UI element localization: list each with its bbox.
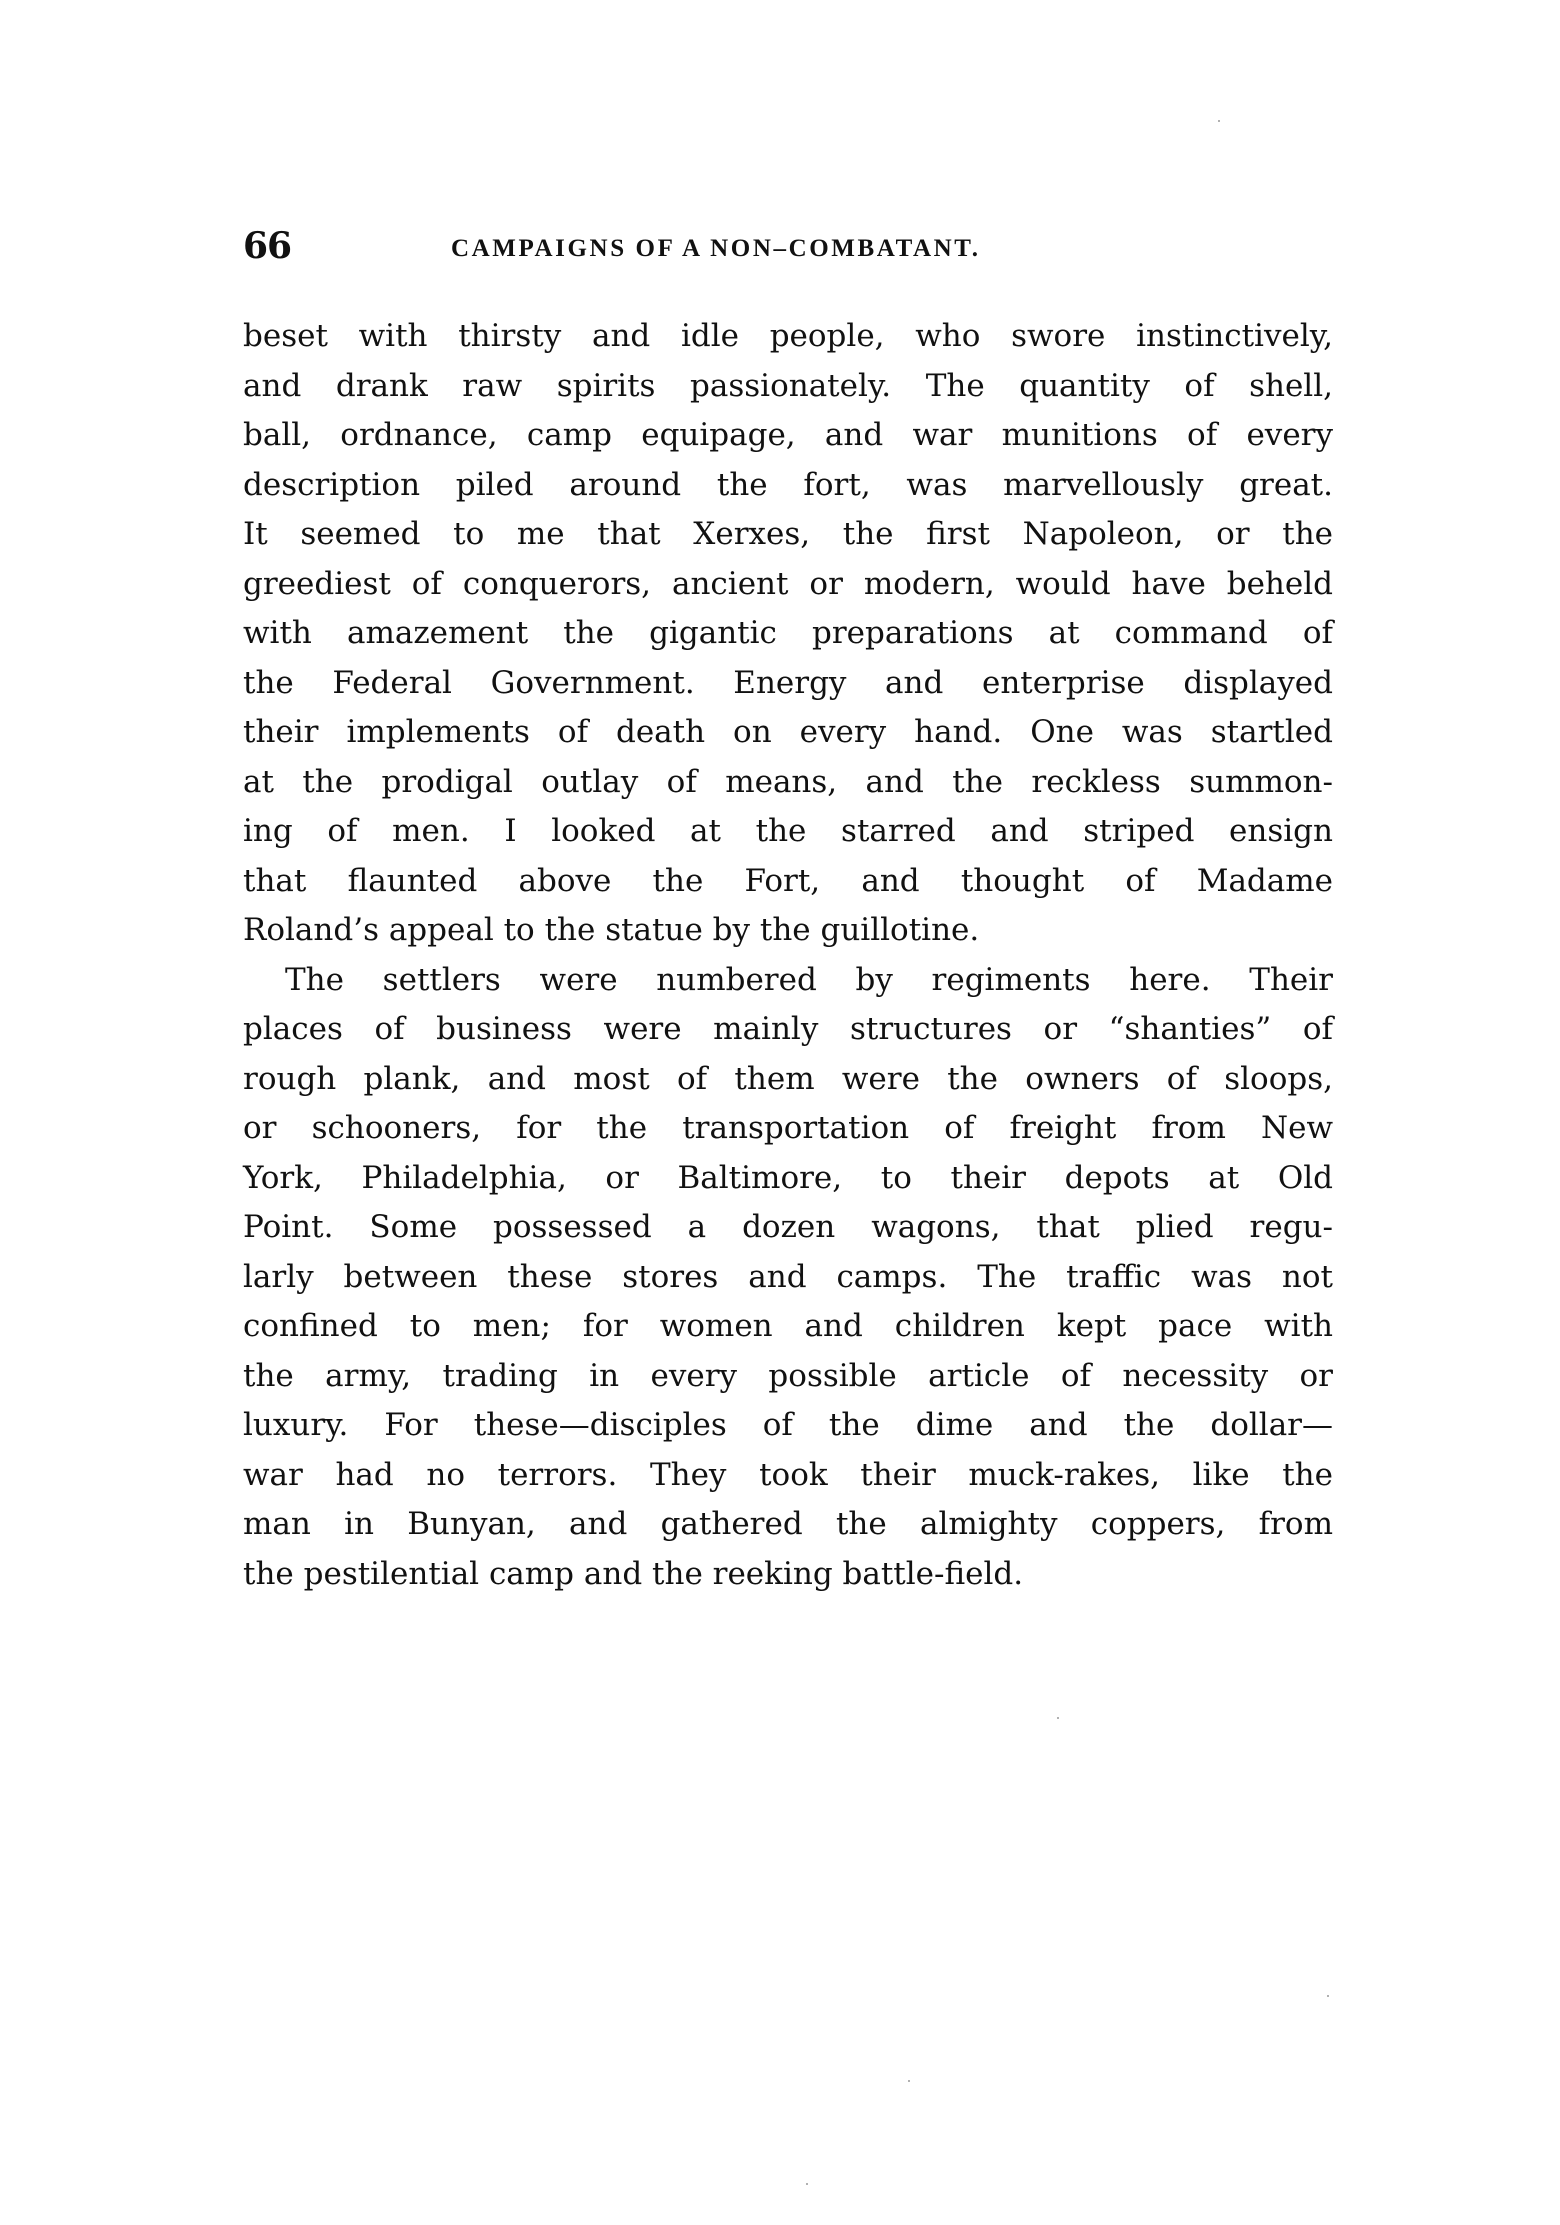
- text-line: greediest of conquerors, ancient or mode…: [243, 560, 1333, 610]
- text-line: Point. Some possessed a dozen wagons, th…: [243, 1203, 1333, 1253]
- text-line: and drank raw spirits passionately. The …: [243, 362, 1333, 412]
- scan-speck: [806, 2183, 808, 2185]
- paragraph-2: The settlers were numbered by regiments …: [243, 956, 1333, 1600]
- text-line: beset with thirsty and idle people, who …: [243, 312, 1333, 362]
- text-line: luxury. For these—disciples of the dime …: [243, 1401, 1333, 1451]
- page-number: 66: [243, 226, 291, 266]
- text-line: the Federal Government. Energy and enter…: [243, 659, 1333, 709]
- scan-speck: [1218, 120, 1220, 122]
- text-line: their implements of death on every hand.…: [243, 708, 1333, 758]
- running-title: CAMPAIGNS OF A NON–COMBATANT.: [451, 234, 1115, 264]
- text-line: places of business were mainly structure…: [243, 1005, 1333, 1055]
- text-line: with amazement the gigantic preparations…: [243, 609, 1333, 659]
- text-line: ball, ordnance, camp equipage, and war m…: [243, 411, 1333, 461]
- book-page: 66 CAMPAIGNS OF A NON–COMBATANT. beset w…: [0, 0, 1560, 2225]
- text-line: at the prodigal outlay of means, and the…: [243, 758, 1333, 808]
- paragraph-1: beset with thirsty and idle people, who …: [243, 312, 1333, 956]
- text-line: the pestilential camp and the reeking ba…: [243, 1550, 1333, 1600]
- scan-speck: [1057, 1717, 1059, 1719]
- text-line: York, Philadelphia, or Baltimore, to the…: [243, 1154, 1333, 1204]
- scan-speck: [908, 2080, 910, 2082]
- text-line: confined to men; for women and children …: [243, 1302, 1333, 1352]
- running-head: 66 CAMPAIGNS OF A NON–COMBATANT.: [243, 226, 1333, 266]
- text-line: war had no terrors. They took their muck…: [243, 1451, 1333, 1501]
- text-line: man in Bunyan, and gathered the almighty…: [243, 1500, 1333, 1550]
- body-text: beset with thirsty and idle people, who …: [243, 312, 1333, 1599]
- text-line: It seemed to me that Xerxes, the first N…: [243, 510, 1333, 560]
- text-line: rough plank, and most of them were the o…: [243, 1055, 1333, 1105]
- text-line: Roland’s appeal to the statue by the gui…: [243, 906, 1333, 956]
- text-line: or schooners, for the transportation of …: [243, 1104, 1333, 1154]
- text-line: the army, trading in every possible arti…: [243, 1352, 1333, 1402]
- scan-speck: [1327, 1995, 1329, 1997]
- text-line: ing of men. I looked at the starred and …: [243, 807, 1333, 857]
- text-line: The settlers were numbered by regiments …: [243, 956, 1333, 1006]
- text-line: description piled around the fort, was m…: [243, 461, 1333, 511]
- text-line: larly between these stores and camps. Th…: [243, 1253, 1333, 1303]
- text-line: that flaunted above the Fort, and though…: [243, 857, 1333, 907]
